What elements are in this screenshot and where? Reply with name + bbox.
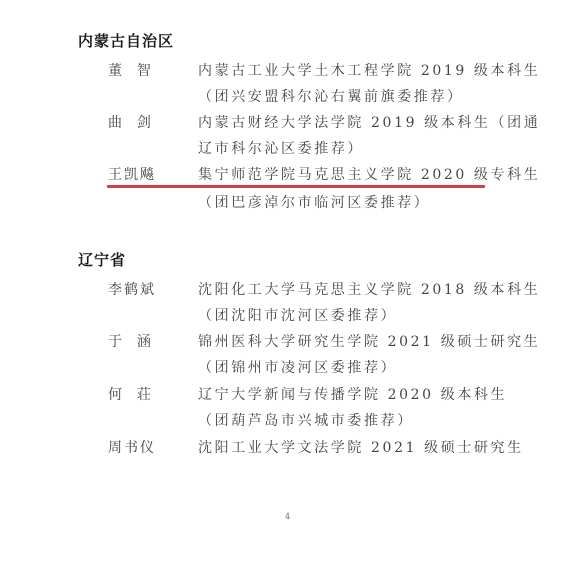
- entry-name: 董 智: [108, 60, 153, 80]
- entry-recommendation: （团沈阳市沈河区委推荐）: [198, 305, 397, 325]
- section-title-inner-mongolia: 内蒙古自治区: [78, 30, 174, 51]
- entry-detail-highlighted: 集宁师范学院马克思主义学院 2020 级专科生: [198, 164, 540, 184]
- entry-detail: 内蒙古工业大学土木工程学院 2019 级本科生: [198, 60, 540, 80]
- entry-recommendation: （团兴安盟科尔沁右翼前旗委推荐）: [198, 86, 464, 106]
- entry-recommendation: （团葫芦岛市兴城市委推荐）: [198, 410, 414, 430]
- entry-name: 李鹤斌: [108, 279, 156, 299]
- entry-name: 周书仪: [108, 437, 156, 457]
- entry-recommendation: 辽市科尔沁区委推荐）: [198, 138, 364, 158]
- entry-recommendation: （团巴彦淖尔市临河区委推荐）: [198, 192, 430, 212]
- entry-detail: 沈阳工业大学文法学院 2021 级硕士研究生: [198, 437, 524, 457]
- entry-name: 曲 剑: [108, 112, 153, 132]
- entry-detail: 辽宁大学新闻与传播学院 2020 级本科生: [198, 384, 507, 404]
- page-number: 4: [285, 512, 290, 521]
- entry-name: 何 荘: [108, 384, 153, 404]
- entry-detail: 锦州医科大学研究生学院 2021 级硕士研究生: [198, 331, 540, 351]
- entry-name: 于 涵: [108, 331, 153, 351]
- red-underline-highlight: [107, 185, 485, 188]
- document-page: 内蒙古自治区 董 智 内蒙古工业大学土木工程学院 2019 级本科生 （团兴安盟…: [0, 0, 578, 569]
- section-title-liaoning: 辽宁省: [78, 249, 126, 270]
- entry-recommendation: （团锦州市凌河区委推荐）: [198, 357, 397, 377]
- entry-name-highlighted: 王凯飚: [108, 164, 156, 184]
- entry-detail: 内蒙古财经大学法学院 2019 级本科生（团通: [198, 112, 540, 132]
- entry-detail: 沈阳化工大学马克思主义学院 2018 级本科生: [198, 279, 540, 299]
